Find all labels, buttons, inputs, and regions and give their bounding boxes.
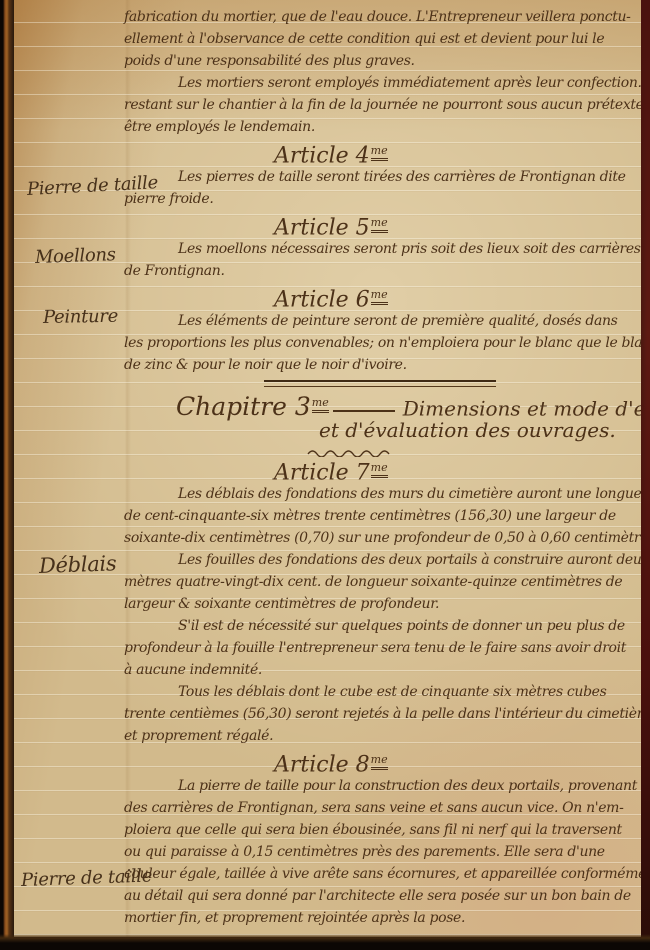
margin-column: Pierre de tailleMoellonsPeintureDéblaisP… bbox=[13, 0, 133, 937]
margin-note: Déblais bbox=[39, 551, 117, 578]
ordinal-superscript: me bbox=[371, 461, 388, 478]
text-line: La pierre de taille pour la construction… bbox=[124, 775, 635, 797]
flourish-squiggle bbox=[306, 445, 635, 455]
ordinal-superscript: me bbox=[371, 288, 388, 305]
ordinal-superscript: me bbox=[371, 753, 388, 770]
text-line: fabrication du mortier, que de l'eau dou… bbox=[124, 6, 635, 28]
book-spine-edge bbox=[0, 0, 14, 950]
margin-note: Peinture bbox=[43, 306, 118, 328]
manuscript-body: fabrication du mortier, que de l'eau dou… bbox=[124, 6, 635, 929]
page-edge-right bbox=[641, 0, 650, 950]
article-heading: Article 5me bbox=[274, 210, 635, 238]
text-line: pierre froide. bbox=[124, 188, 635, 210]
article-label: Article 5 bbox=[274, 215, 370, 240]
chapter-title-line2: et d'évaluation des ouvrages. bbox=[319, 419, 635, 445]
text-line: trente centièmes (56,30) seront rejetés … bbox=[124, 703, 635, 725]
text-line: soixante-dix centimètres (0,70) sur une … bbox=[124, 527, 635, 549]
text-line: de cent-cinquante-six mètres trente cent… bbox=[124, 505, 635, 527]
manuscript-page: Pierre de tailleMoellonsPeintureDéblaisP… bbox=[13, 0, 641, 937]
article-label: Article 6 bbox=[274, 287, 370, 312]
text-line: Les mortiers seront employés immédiateme… bbox=[124, 72, 635, 94]
text-line: poids d'une responsabilité des plus grav… bbox=[124, 50, 635, 72]
article-label: Article 8 bbox=[274, 752, 370, 777]
chapter-heading: Chapitre 3meDimensions et mode d'exécuti… bbox=[124, 389, 635, 445]
article-label: Article 7 bbox=[274, 460, 370, 485]
article-heading: Article 8me bbox=[274, 747, 635, 775]
text-line: ellement à l'observance de cette conditi… bbox=[124, 28, 635, 50]
chapter-title: Dimensions et mode d'exécution bbox=[403, 396, 641, 420]
text-line: Les déblais des fondations des murs du c… bbox=[124, 483, 635, 505]
margin-note: Moellons bbox=[35, 244, 116, 268]
text-line: profondeur à la fouille l'entrepreneur s… bbox=[124, 637, 635, 659]
text-line: des carrières de Frontignan, sera sans v… bbox=[124, 797, 635, 819]
text-line: Les pierres de taille seront tirées des … bbox=[124, 166, 635, 188]
section-double-rule bbox=[264, 380, 496, 387]
text-line: mortier fin, et proprement rejointée apr… bbox=[124, 907, 635, 929]
text-line: de zinc & pour le noir que le noir d'ivo… bbox=[124, 354, 635, 376]
text-line: couleur égale, taillée à vive arête sans… bbox=[124, 863, 635, 885]
text-line: Les fouilles des fondations des deux por… bbox=[124, 549, 635, 571]
text-line: S'il est de nécessité sur quelques point… bbox=[124, 615, 635, 637]
article-heading: Article 7me bbox=[274, 455, 635, 483]
text-line: et proprement régalé. bbox=[124, 725, 635, 747]
article-heading: Article 6me bbox=[274, 282, 635, 310]
article-label: Article 4 bbox=[274, 143, 370, 168]
article-heading: Article 4me bbox=[274, 138, 635, 166]
chapter-heading-line1: Chapitre 3meDimensions et mode d'exécuti… bbox=[176, 389, 635, 419]
text-line: Tous les déblais dont le cube est de cin… bbox=[124, 681, 635, 703]
text-line: les proportions les plus convenables; on… bbox=[124, 332, 635, 354]
ordinal-superscript: me bbox=[371, 144, 388, 161]
photo-edge-bottom bbox=[0, 934, 650, 950]
text-line: au détail qui sera donné par l'architect… bbox=[124, 885, 635, 907]
text-line: restant sur le chantier à la fin de la j… bbox=[124, 94, 635, 116]
text-line: mètres quatre-vingt-dix cent. de longueu… bbox=[124, 571, 635, 593]
text-line: ou qui paraisse à 0,15 centimètres près … bbox=[124, 841, 635, 863]
text-line: Les moellons nécessaires seront pris soi… bbox=[124, 238, 635, 260]
text-line: Les éléments de peinture seront de premi… bbox=[124, 310, 635, 332]
ordinal-superscript: me bbox=[312, 396, 329, 413]
text-line: à aucune indemnité. bbox=[124, 659, 635, 681]
text-line: ploiera que celle qui sera bien ébousiné… bbox=[124, 819, 635, 841]
text-line: de Frontignan. bbox=[124, 260, 635, 282]
ordinal-superscript: me bbox=[371, 216, 388, 233]
chapter-label: Chapitre 3me bbox=[176, 392, 329, 421]
text-line: être employés le lendemain. bbox=[124, 116, 635, 138]
chapter-dash bbox=[333, 406, 395, 412]
text-line: largeur & soixante centimètres de profon… bbox=[124, 593, 635, 615]
